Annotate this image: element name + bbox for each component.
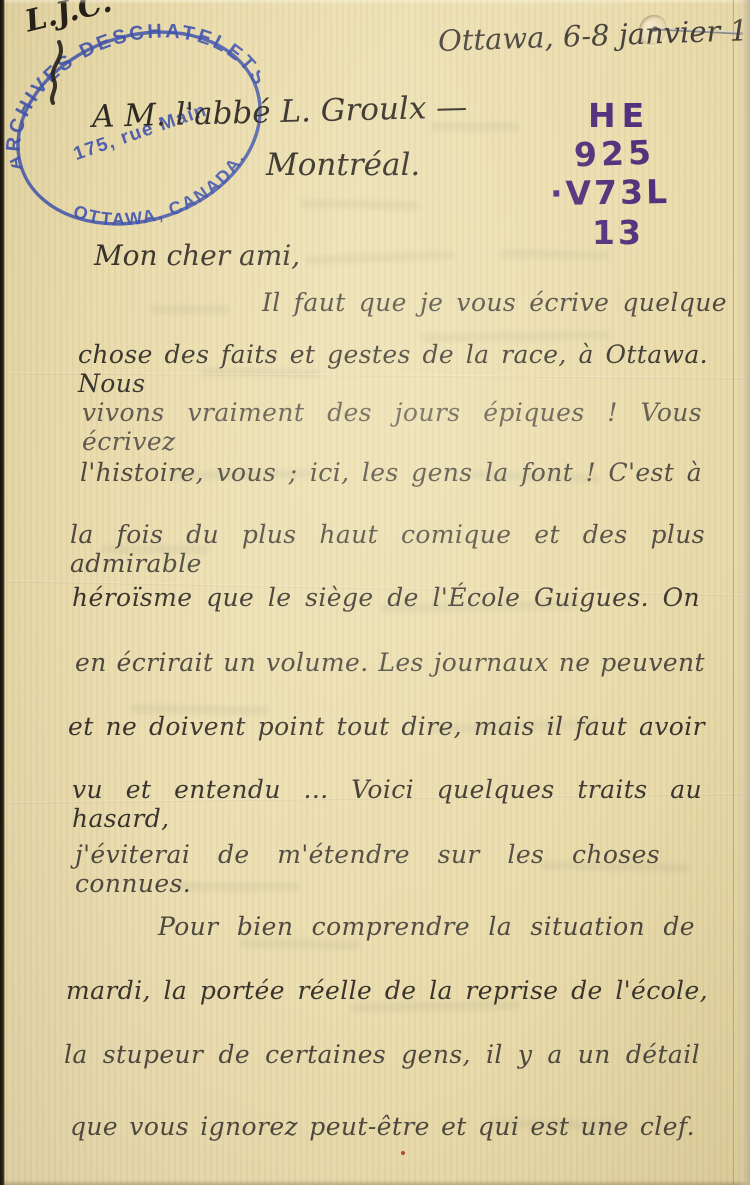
body-line: chose des faits et gestes de la race, à …	[78, 341, 708, 399]
call-number-line: 925	[573, 133, 655, 175]
call-number-line: ·V73L	[550, 172, 671, 213]
call-number-line: 13	[592, 213, 644, 252]
scan-edge-right	[739, 0, 750, 1185]
recipient-city: Montréal.	[266, 147, 420, 183]
scan-edge-top	[0, 0, 750, 4]
letter-scan-page: ARCHIVES DESCHATELETS OTTAWA, CANADA. 17…	[0, 0, 750, 1185]
body-line: vu et entendu ... Voici quelques traits …	[72, 776, 702, 834]
body-line: héroïsme que le siège de l'École Guigues…	[72, 584, 700, 613]
body-line: vivons vraiment des jours épiques ! Vous…	[82, 399, 702, 457]
body-line: la fois du plus haut comique et des plus…	[70, 521, 705, 579]
stamp-arc-bottom-text: OTTAWA, CANADA.	[66, 144, 260, 252]
scan-edge-left	[0, 0, 5, 1185]
body-line: que vous ignorez peut-être et qui est un…	[70, 1113, 695, 1142]
body-line: mardi, la portée réelle de la reprise de…	[66, 977, 708, 1006]
call-number-line: HE	[588, 96, 650, 135]
ink-flourish	[40, 40, 74, 106]
paper-fold-line	[733, 0, 734, 1185]
show-through-mark	[150, 305, 230, 314]
body-line: et ne doivent point tout dire, mais il f…	[68, 713, 705, 742]
dateline: Ottawa, 6-8 janvier 1916	[437, 11, 750, 58]
body-line: j'éviterai de m'étendre sur les choses c…	[75, 841, 660, 899]
body-line: la stupeur de certaines gens, il y a un …	[64, 1041, 700, 1070]
scan-edge-bottom	[0, 1180, 750, 1185]
svg-text:OTTAWA, CANADA.: OTTAWA, CANADA.	[66, 144, 260, 252]
show-through-mark	[305, 250, 455, 264]
show-through-mark	[300, 199, 420, 210]
salutation: Mon cher ami,	[94, 239, 300, 272]
body-line: Pour bien comprendre la situation de	[158, 913, 695, 942]
ink-speck	[401, 1151, 405, 1155]
body-line: Il faut que je vous écrive quelque	[262, 289, 727, 318]
body-line: l'histoire, vous ; ici, les gens la font…	[80, 459, 702, 488]
body-line: en écrirait un volume. Les journaux ne p…	[75, 649, 705, 678]
